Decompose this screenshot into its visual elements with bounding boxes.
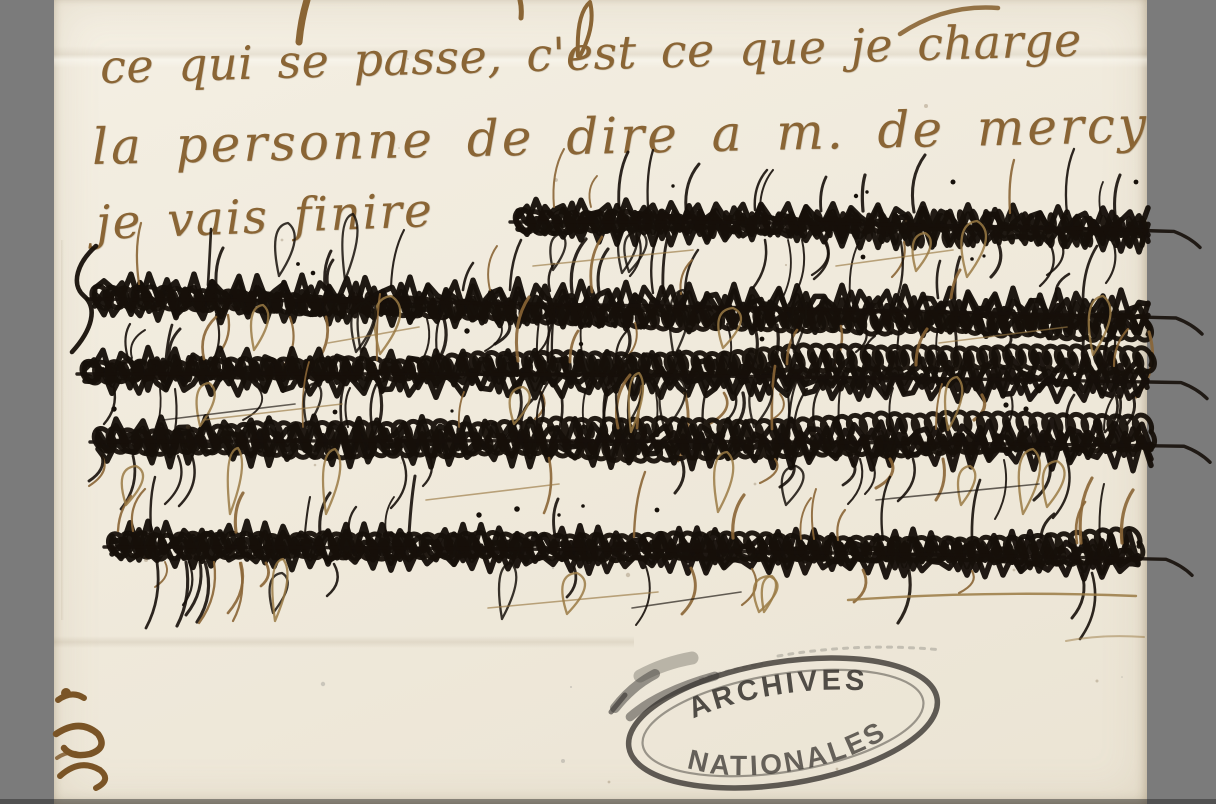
photo-bottom-edge <box>0 799 1216 804</box>
handwritten-line-2: la personne de dire a m. de mercy <box>91 96 1149 176</box>
paper-crease-vertical <box>61 240 64 620</box>
handwritten-line-1: ce qui se passe, c'est ce que je charge <box>99 13 1082 94</box>
photo-background: ce qui se passe, c'est ce que je charge … <box>0 0 1216 804</box>
handwritten-line-3: je vais finire <box>95 183 435 251</box>
paper-crease <box>54 636 634 648</box>
letter-paper: ce qui se passe, c'est ce que je charge … <box>54 0 1147 804</box>
